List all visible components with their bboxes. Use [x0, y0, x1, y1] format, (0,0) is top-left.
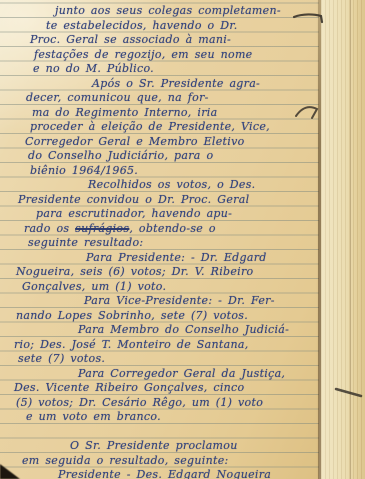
manuscript-line: em seguida o resultado, seguinte: [0, 454, 330, 469]
manuscript-line: seguinte resultado: [0, 236, 330, 251]
manuscript-line: rado os sufrágios, obtendo-se o [0, 222, 330, 237]
manuscript-text-segment: e no do M. Público. [33, 62, 154, 75]
manuscript-line: biênio 1964/1965. [0, 164, 330, 179]
manuscript-text-segment: proceder à eleição de Presidente, Vice, [30, 120, 270, 133]
manuscript-line: Para Presidente: - Dr. Edgard [0, 251, 330, 266]
manuscript-line: nando Lopes Sobrinho, sete (7) votos. [0, 309, 330, 324]
handwritten-text: junto aos seus colegas completamen-te es… [0, 4, 330, 479]
manuscript-text-segment: rado os [24, 222, 75, 235]
manuscript-line: O Sr. Presidente proclamou [0, 439, 330, 454]
manuscript-text-segment: junto aos seus colegas completamen- [55, 4, 281, 17]
manuscript-text-segment: decer, comunicou que, na for- [26, 91, 209, 104]
manuscript-text-segment: Des. Vicente Ribeiro Gonçalves, cinco [14, 381, 244, 394]
book-edge-crease [350, 0, 351, 479]
manuscript-text-segment: biênio 1964/1965. [30, 164, 138, 177]
manuscript-text-segment: Para Presidente: - Dr. Edgard [86, 251, 267, 264]
manuscript-text-segment: (5) votos; Dr. Cesário Rêgo, um (1) voto [16, 396, 263, 409]
manuscript-line: Nogueira, seis (6) votos; Dr. V. Ribeiro [0, 265, 330, 280]
manuscript-line [0, 425, 330, 440]
struck-word: sufrágios [75, 222, 129, 235]
manuscript-line: Corregedor Geral e Membro Eletivo [0, 135, 330, 150]
manuscript-line: decer, comunicou que, na for- [0, 91, 330, 106]
manuscript-text-segment: Para Corregedor Geral da Justiça, [78, 367, 285, 380]
manuscript-line: Presidente convidou o Dr. Proc. Geral [0, 193, 330, 208]
manuscript-line: do Conselho Judiciário, para o [0, 149, 330, 164]
manuscript-text-segment: e um voto em branco. [26, 410, 161, 423]
manuscript-text-segment: O Sr. Presidente proclamou [70, 439, 238, 452]
manuscript-text-segment: Gonçalves, um (1) voto. [22, 280, 166, 293]
manuscript-line: rio; Des. José T. Monteiro de Santana, [0, 338, 330, 353]
manuscript-text-segment: Presidente convidou o Dr. Proc. Geral [18, 193, 249, 206]
manuscript-line: sete (7) votos. [0, 352, 330, 367]
manuscript-line: Proc. Geral se associado à mani- [0, 33, 330, 48]
manuscript-line: e um voto em branco. [0, 410, 330, 425]
manuscript-text-segment: festações de regozijo, em seu nome [34, 48, 252, 61]
manuscript-text-segment: Para Vice-Presidente: - Dr. Fer- [84, 294, 275, 307]
manuscript-line: Recolhidos os votos, o Des. [0, 178, 330, 193]
manuscript-text-segment: Recolhidos os votos, o Des. [88, 178, 255, 191]
manuscript-line: Presidente - Des. Edgard Nogueira [0, 468, 330, 479]
manuscript-text-segment: Proc. Geral se associado à mani- [30, 33, 231, 46]
manuscript-text-segment: em seguida o resultado, seguinte: [22, 454, 229, 467]
manuscript-line: ma do Regimento Interno, iria [0, 106, 330, 121]
manuscript-line: junto aos seus colegas completamen- [0, 4, 330, 19]
manuscript-text-segment: Para Membro do Conselho Judiciá- [78, 323, 289, 336]
manuscript-text-segment: sete (7) votos. [18, 352, 105, 365]
manuscript-text-segment: Corregedor Geral e Membro Eletivo [25, 135, 245, 148]
manuscript-line: Gonçalves, um (1) voto. [0, 280, 330, 295]
photo-corner-shadow [0, 464, 20, 479]
manuscript-text-segment: do Conselho Judiciário, para o [28, 149, 213, 162]
manuscript-line: para escrutinador, havendo apu- [0, 207, 330, 222]
manuscript-line: Para Corregedor Geral da Justiça, [0, 367, 330, 382]
manuscript-line: te estabelecidos, havendo o Dr. [0, 19, 330, 34]
manuscript-text-segment: , obtendo-se o [129, 222, 216, 235]
manuscript-photo: junto aos seus colegas completamen-te es… [0, 0, 365, 479]
manuscript-text-segment: rio; Des. José T. Monteiro de Santana, [14, 338, 249, 351]
manuscript-text-segment: seguinte resultado: [28, 236, 143, 249]
manuscript-line: Para Membro do Conselho Judiciá- [0, 323, 330, 338]
manuscript-text-segment: Nogueira, seis (6) votos; Dr. V. Ribeiro [16, 265, 253, 278]
manuscript-text-segment: nando Lopes Sobrinho, sete (7) votos. [16, 309, 248, 322]
manuscript-text-segment: Após o Sr. Presidente agra- [92, 77, 260, 90]
manuscript-line: proceder à eleição de Presidente, Vice, [0, 120, 330, 135]
manuscript-text-segment: para escrutinador, havendo apu- [36, 207, 232, 220]
manuscript-text-segment: Presidente - Des. Edgard Nogueira [58, 468, 271, 479]
manuscript-line: Para Vice-Presidente: - Dr. Fer- [0, 294, 330, 309]
manuscript-text-segment: ma do Regimento Interno, iria [32, 106, 217, 119]
manuscript-line: festações de regozijo, em seu nome [0, 48, 330, 63]
manuscript-text-segment: te estabelecidos, havendo o Dr. [46, 19, 238, 32]
manuscript-line: (5) votos; Dr. Cesário Rêgo, um (1) voto [0, 396, 330, 411]
manuscript-line: Após o Sr. Presidente agra- [0, 77, 330, 92]
manuscript-line: e no do M. Público. [0, 62, 330, 77]
manuscript-line: Des. Vicente Ribeiro Gonçalves, cinco [0, 381, 330, 396]
